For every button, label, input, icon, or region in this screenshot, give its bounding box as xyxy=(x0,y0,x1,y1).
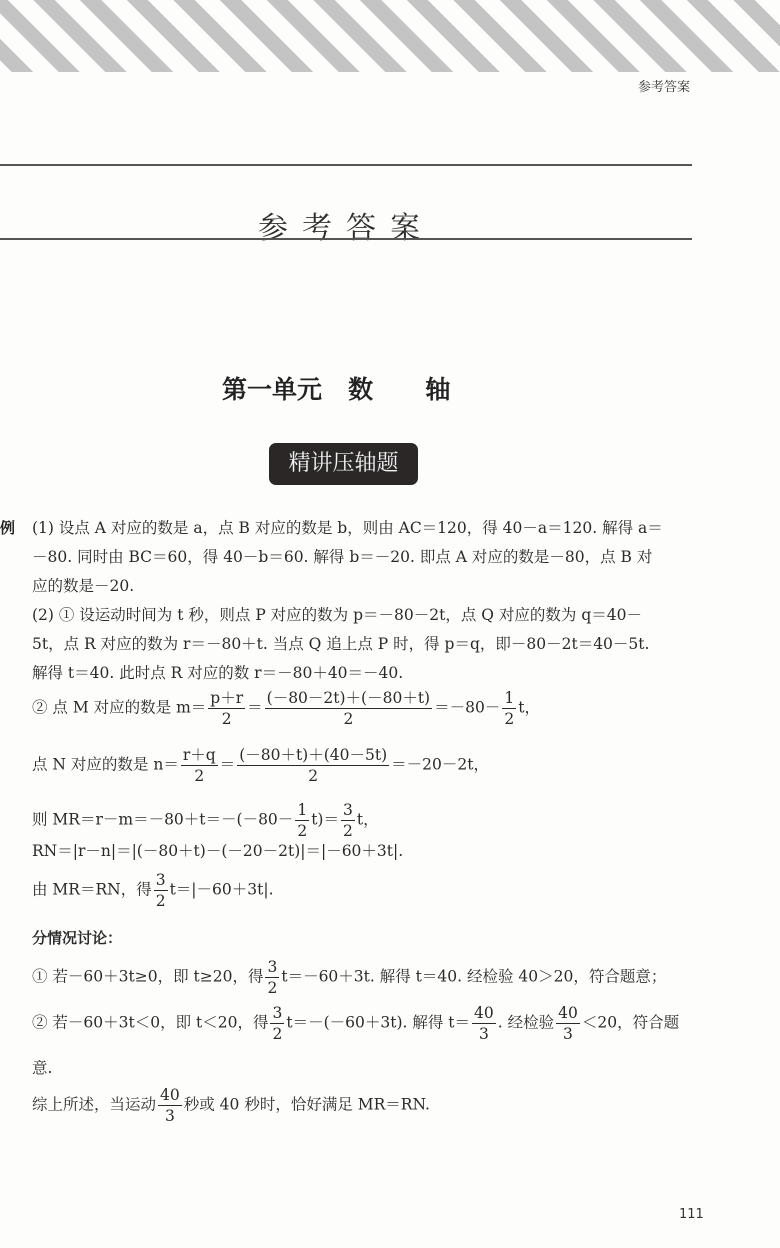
fraction: p＋r2 xyxy=(208,688,245,729)
text: ② 点 M 对应的数是 m＝ xyxy=(32,699,206,717)
decorative-stripe-band xyxy=(0,0,780,72)
fraction: 403 xyxy=(556,1003,580,1044)
text-line: 5t，点 R 对应的数为 r＝－80＋t. 当点 Q 追上点 P 时，得 p＝q… xyxy=(32,632,649,654)
text-line: (2) ① 设运动时间为 t 秒，则点 P 对应的数为 p＝－80－2t，点 Q… xyxy=(32,603,642,625)
discussion-heading: 分情况讨论： xyxy=(32,927,122,948)
fraction: r＋q2 xyxy=(181,745,218,786)
text-line: 解得 t＝40. 此时点 R 对应的数 r＝－80＋40＝－40. xyxy=(32,661,403,683)
section-badge: 精讲压轴题 xyxy=(269,443,418,485)
fraction: 12 xyxy=(502,688,516,729)
example-label: 例 xyxy=(0,517,15,538)
fraction: 32 xyxy=(154,870,168,911)
fraction: (－80＋t)＋(40－5t)2 xyxy=(237,745,389,786)
conclusion: 综上所述，当运动403秒或 40 秒时，恰好满足 MR＝RN. xyxy=(32,1085,430,1126)
fraction: 32 xyxy=(265,957,279,998)
text-line: 意. xyxy=(32,1056,52,1078)
title-rule-bottom xyxy=(0,238,692,240)
fraction: (－80－2t)＋(－80＋t)2 xyxy=(265,688,432,729)
text-line: (1) 设点 A 对应的数是 a，点 B 对应的数是 b，则由 AC＝120，得… xyxy=(32,516,663,538)
page-number: 111 xyxy=(679,1207,704,1222)
fraction: 403 xyxy=(472,1003,496,1044)
page-title: 参考答案 xyxy=(0,203,692,247)
text-line: 应的数是－20. xyxy=(32,574,134,596)
text-line: －80. 同时由 BC＝60，得 40－b＝60. 解得 b＝－20. 即点 A… xyxy=(32,545,652,567)
title-rule-top xyxy=(0,164,692,166)
unit-title: 第一单元 数 轴 xyxy=(222,370,450,406)
equation-m: ② 点 M 对应的数是 m＝p＋r2＝(－80－2t)＋(－80＋t)2＝－80… xyxy=(32,688,540,729)
equation-mr: 则 MR＝r－m＝－80＋t＝－(－80－12t)＝32t， xyxy=(32,800,379,841)
equation-n: 点 N 对应的数是 n＝r＋q2＝(－80＋t)＋(40－5t)2＝－20－2t… xyxy=(32,745,489,786)
equation-rn: RN＝|r－n|＝|(－80＋t)－(－20－2t)|＝|－60＋3t|. xyxy=(32,839,403,861)
equation-mr-rn: 由 MR＝RN，得32t＝|－60＋3t|. xyxy=(32,870,274,911)
fraction: 12 xyxy=(295,800,309,841)
fraction: 32 xyxy=(270,1003,284,1044)
case-1: ① 若－60＋3t≥0，即 t≥20，得32t＝－60＋3t. 解得 t＝40.… xyxy=(32,957,666,998)
fraction: 32 xyxy=(341,800,355,841)
running-head: 参考答案 xyxy=(638,76,690,95)
case-2: ② 若－60＋3t＜0，即 t＜20，得32t＝－(－60＋3t). 解得 t＝… xyxy=(32,1003,679,1044)
fraction: 403 xyxy=(158,1085,182,1126)
